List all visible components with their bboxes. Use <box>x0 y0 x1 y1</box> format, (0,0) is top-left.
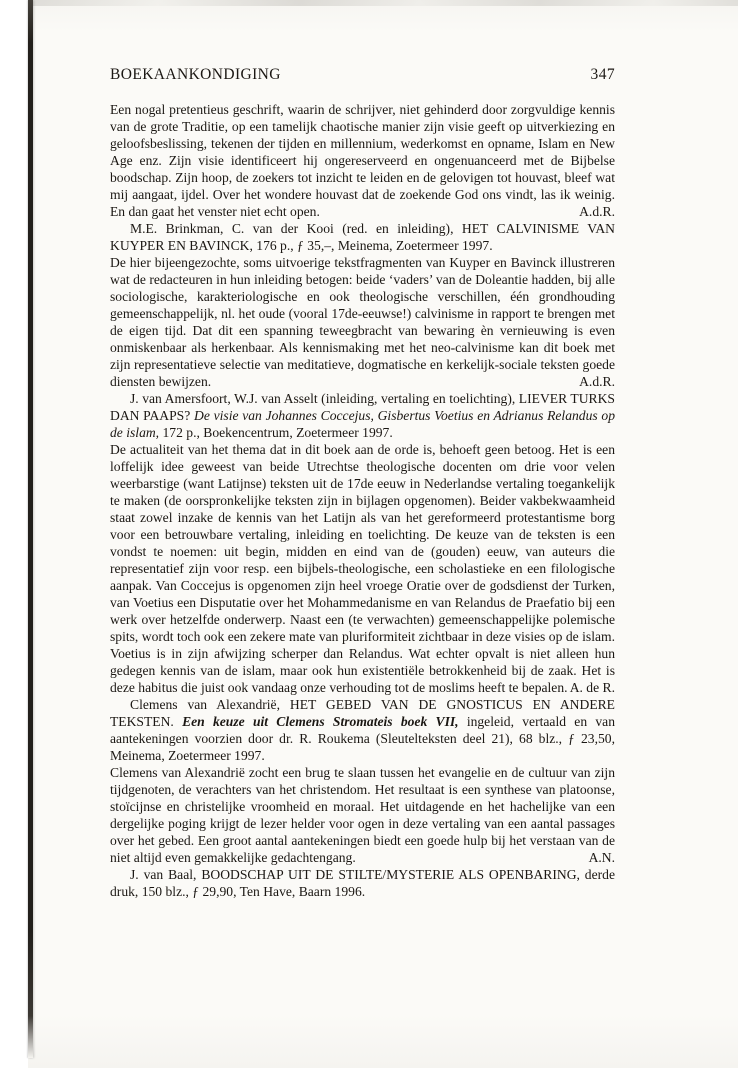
page-header: BOEKAANKONDIGING 347 <box>110 66 615 84</box>
review-paragraph: De hier bijeengezochte, soms uitvoerige … <box>110 254 615 390</box>
page-content: BOEKAANKONDIGING 347 Een nogal pretentie… <box>110 66 615 900</box>
entry-segment: 172 p., Boekencentrum, Zoetermeer 1997. <box>159 425 393 440</box>
page-body: Een nogal pretentieus geschrift, waarin … <box>110 101 615 900</box>
review-paragraph: Een nogal pretentieus geschrift, waarin … <box>110 101 615 220</box>
book-entry: M.E. Brinkman, C. van der Kooi (red. en … <box>110 220 615 254</box>
reviewer-initials: A.d.R. <box>579 203 615 220</box>
entry-segment: J. van Baal, BOODSCHAP UIT DE STILTE/MYS… <box>110 867 615 899</box>
running-title: BOEKAANKONDIGING <box>110 66 281 84</box>
reviewer-initials: A.d.R. <box>579 373 615 390</box>
scanner-bed-margin <box>0 0 28 1068</box>
entry-segment: M.E. Brinkman, C. van der Kooi (red. en … <box>110 221 615 253</box>
book-entry: Clemens van Alexandrië, HET GEBED VAN DE… <box>110 696 615 764</box>
book-entry: J. van Amersfoort, W.J. van Asselt (inle… <box>110 390 615 441</box>
review-paragraph: De actualiteit van het thema dat in dit … <box>110 441 615 696</box>
page-number: 347 <box>591 66 615 84</box>
review-paragraph: Clemens van Alexandrië zocht een brug te… <box>110 764 615 866</box>
reviewer-initials: A. de R. <box>570 679 615 696</box>
scan-gutter-shadow <box>28 0 33 1058</box>
book-entry: J. van Baal, BOODSCHAP UIT DE STILTE/MYS… <box>110 866 615 900</box>
reviewer-initials: A.N. <box>589 849 615 866</box>
scan-top-smudge <box>30 0 738 6</box>
entry-segment: Een keuze uit Clemens Stromateis boek VI… <box>182 714 459 729</box>
